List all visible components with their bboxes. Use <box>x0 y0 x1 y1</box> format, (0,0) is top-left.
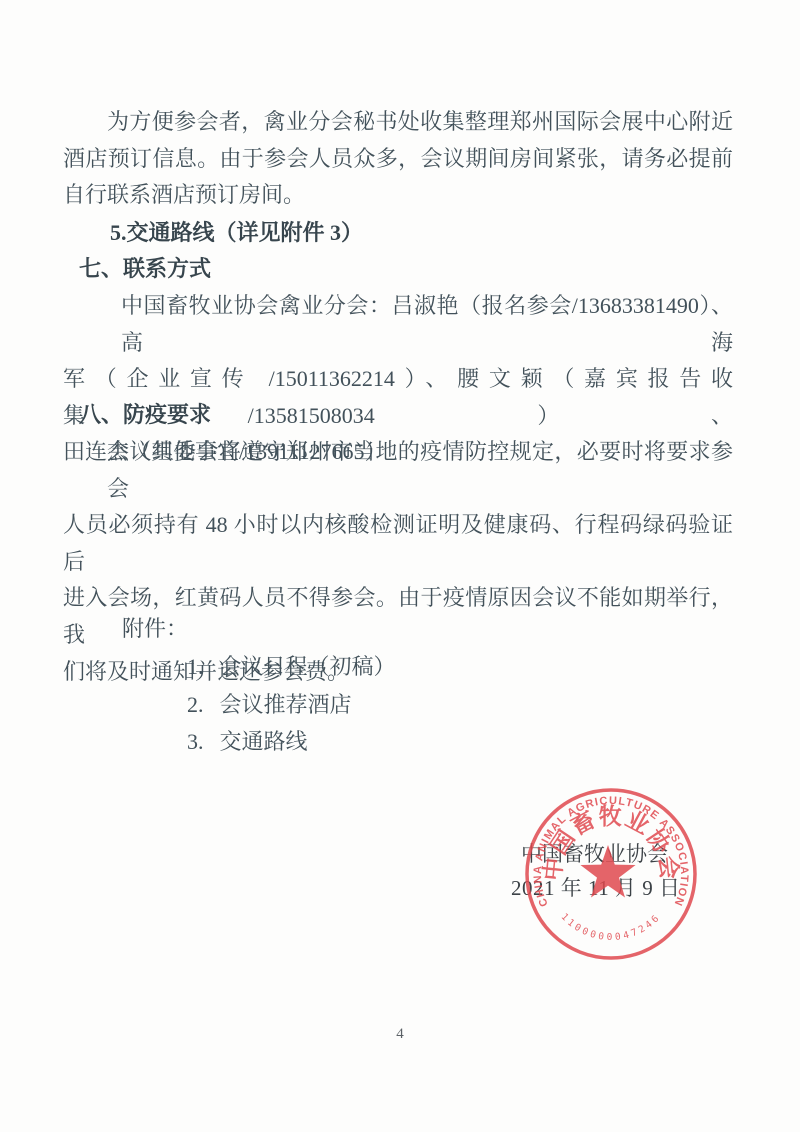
attachment-number: 1. <box>187 648 204 686</box>
text-line: 为方便参会者，禽业分会秘书处收集整理郑州国际会展中心附近 <box>63 104 733 141</box>
attachment-number: 3. <box>187 723 204 761</box>
attachment-title: 会议日程（初稿） <box>220 654 396 679</box>
intro-paragraph: 为方便参会者，禽业分会秘书处收集整理郑州国际会展中心附近 酒店预订信息。由于参会… <box>63 104 733 214</box>
text-line: 人员必须持有 48 小时以内核酸检测证明及健康码、行程码绿码验证后 <box>63 507 733 580</box>
text-line: 会议组委会将遵守郑州市当地的疫情防控规定，必要时将要求参会 <box>63 434 733 507</box>
text-line: 酒店预订信息。由于参会人员众多，会议期间房间紧张，请务必提前 <box>63 141 733 178</box>
section-8-heading: 八、防疫要求 <box>79 397 211 434</box>
attachment-title: 交通路线 <box>220 729 308 754</box>
star-icon <box>580 845 635 898</box>
text-line: 们将及时通知并退还参会费。 <box>63 654 733 691</box>
seal-serial-number: 1100000047246 <box>559 911 664 943</box>
attachment-item: 2.会议推荐酒店 <box>187 686 396 724</box>
attachment-item: 3.交通路线 <box>187 723 396 761</box>
page-number: 4 <box>0 1026 800 1043</box>
text-line: 自行联系酒店预订房间。 <box>63 177 733 214</box>
item-5-transport-route: 5.交通路线（详见附件 3） <box>110 215 363 252</box>
document-page: 为方便参会者，禽业分会秘书处收集整理郑州国际会展中心附近 酒店预订信息。由于参会… <box>0 0 800 1132</box>
attachments-list: 1.会议日程（初稿） 2.会议推荐酒店 3.交通路线 <box>187 648 396 761</box>
text-line: 中国畜牧业协会禽业分会：吕淑艳（报名参会/13683381490）、高海 <box>63 288 733 361</box>
attachments-label: 附件： <box>122 611 188 648</box>
attachment-item: 1.会议日程（初稿） <box>187 648 396 686</box>
official-seal-stamp: CHINA ANIMAL AGRICULTURE ASSOCIATION 中国畜… <box>505 768 717 980</box>
attachment-title: 会议推荐酒店 <box>220 692 352 717</box>
epidemic-paragraph: 会议组委会将遵守郑州市当地的疫情防控规定，必要时将要求参会 人员必须持有 48 … <box>63 434 733 690</box>
section-7-heading: 七、联系方式 <box>79 251 211 288</box>
attachment-number: 2. <box>187 686 204 724</box>
